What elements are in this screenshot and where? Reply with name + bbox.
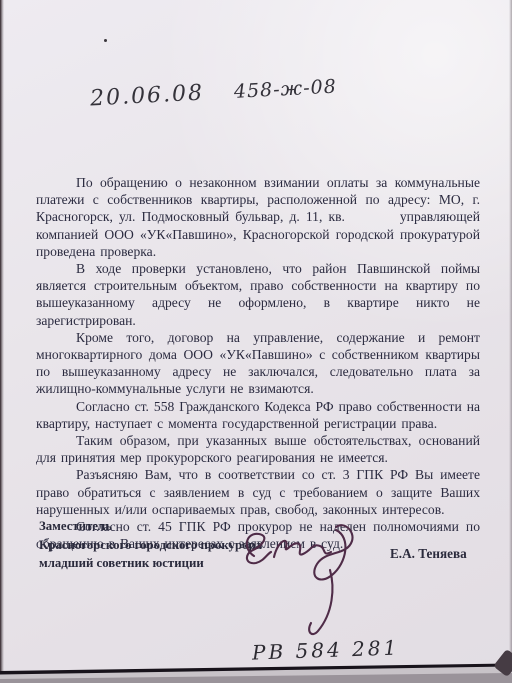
paragraph-5: Таким образом, при указанных выше обстоя… xyxy=(36,432,480,466)
paragraph-4: Согласно ст. 558 Гражданского Кодекса РФ… xyxy=(36,398,480,432)
paper-left-edge-shadow xyxy=(0,0,4,683)
dust-speck xyxy=(104,39,107,42)
signer-position-line2: Красногорского городского прокурора xyxy=(39,536,262,555)
signer-position-line1: Заместитель xyxy=(39,517,262,536)
paragraph-2: В ходе проверки установлено, что район П… xyxy=(36,260,480,329)
photo-of-document: 20.06.08458-ж-08 По обращению о незаконн… xyxy=(0,0,512,683)
paper-bottom-edge xyxy=(0,658,512,683)
paragraph-3: Кроме того, договор на управление, содер… xyxy=(36,329,480,398)
paragraph-1: По обращению о незаконном взимании оплат… xyxy=(36,174,480,260)
letter-body: По обращению о незаконном взимании оплат… xyxy=(36,174,480,552)
signer-position-line3: младший советник юстиции xyxy=(39,554,262,573)
signer-position-block: Заместитель Красногорского городского пр… xyxy=(39,517,262,573)
handwritten-ref-number: 458-ж-08 xyxy=(233,76,337,103)
signer-name: Е.А. Теняева xyxy=(390,546,467,562)
handwritten-signature xyxy=(232,510,382,638)
